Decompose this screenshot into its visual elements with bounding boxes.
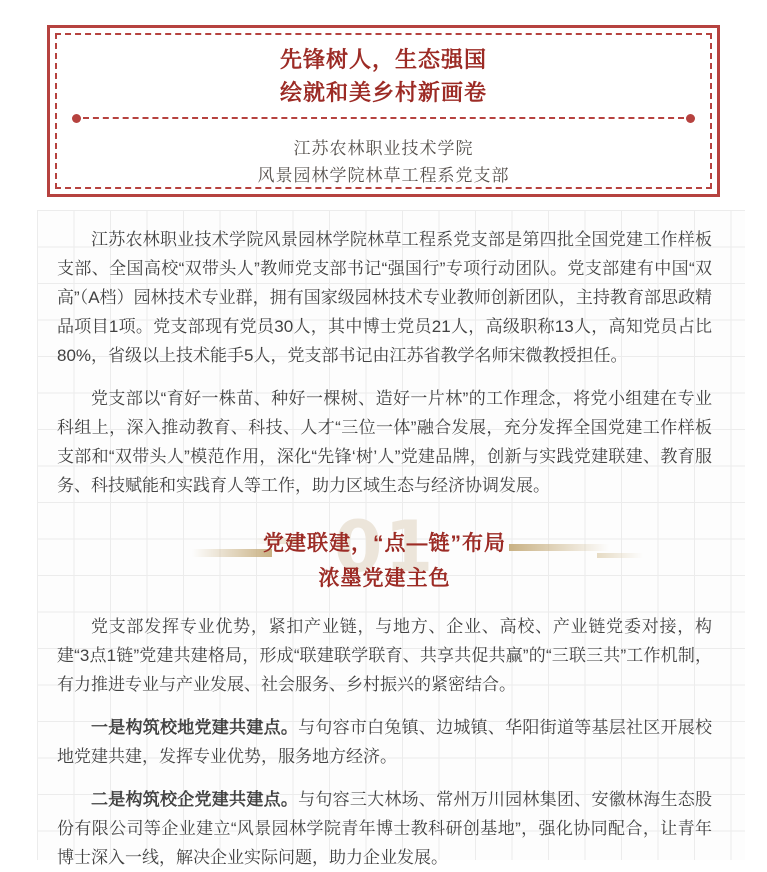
organization-line1: 江苏农林职业技术学院 [57, 135, 710, 162]
divider-dot-right-icon [686, 114, 695, 123]
item-2-lead: 二是构筑校企党建共建点。 [91, 790, 298, 809]
item-1-lead: 一是构筑校地党建共建点。 [91, 718, 298, 737]
intro-paragraph-1: 江苏农林职业技术学院风景园林学院林草工程系党支部是第四批全国党建工作样板支部、全… [57, 225, 712, 370]
section-1-title-line2: 浓墨党建主色 [57, 561, 712, 596]
organization-line2: 风景园林学院林草工程系党支部 [57, 162, 710, 189]
article-title: 先锋树人，生态强国 绘就和美乡村新画卷 [57, 43, 710, 109]
section-1-item-2: 二是构筑校企党建共建点。与句容三大林场、常州万川园林集团、安徽林海生态股份有限公… [57, 785, 712, 872]
divider-dashed-line [83, 117, 684, 119]
header-card-inner-border: 先锋树人，生态强国 绘就和美乡村新画卷 江苏农林职业技术学院 风景园林学院林草工… [55, 33, 712, 189]
section-1-heading: 01 党建联建，“点—链”布局 浓墨党建主色 [57, 514, 712, 596]
article-page: 先锋树人，生态强国 绘就和美乡村新画卷 江苏农林职业技术学院 风景园林学院林草工… [0, 0, 767, 872]
article-title-line1: 先锋树人，生态强国 [57, 43, 710, 76]
article-body: 江苏农林职业技术学院风景园林学院林草工程系党支部是第四批全国党建工作样板支部、全… [37, 210, 745, 860]
article-title-line2: 绘就和美乡村新画卷 [57, 76, 710, 109]
section-1-item-1: 一是构筑校地党建共建点。与句容市白兔镇、边城镇、华阳街道等基层社区开展校地党建共… [57, 713, 712, 771]
intro-paragraph-2: 党支部以“育好一株苗、种好一棵树、造好一片林”的工作理念，将党小组建在专业科组上… [57, 384, 712, 500]
section-1-paragraph-1: 党支部发挥专业优势，紧扣产业链，与地方、企业、高校、产业链党委对接，构建“3点1… [57, 612, 712, 699]
title-divider [72, 113, 695, 123]
section-1-title-line1: 党建联建，“点—链”布局 [57, 514, 712, 561]
divider-dot-left-icon [72, 114, 81, 123]
header-card: 先锋树人，生态强国 绘就和美乡村新画卷 江苏农林职业技术学院 风景园林学院林草工… [47, 25, 720, 197]
organization-name: 江苏农林职业技术学院 风景园林学院林草工程系党支部 [57, 135, 710, 189]
